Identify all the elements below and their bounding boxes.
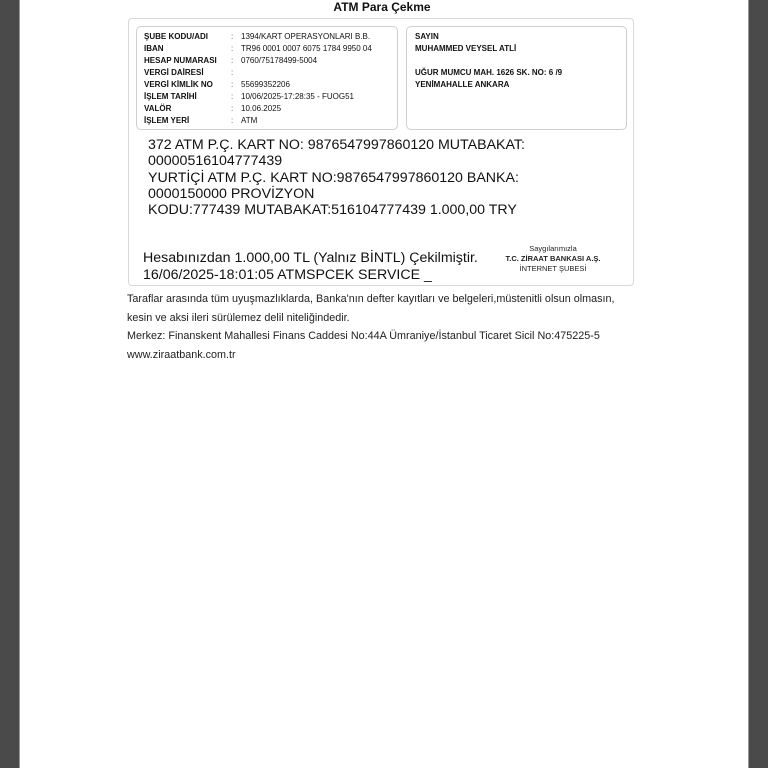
info-separator: :	[231, 43, 233, 55]
page-edge-left	[19, 0, 20, 768]
info-separator: :	[231, 115, 233, 127]
info-separator: :	[231, 31, 233, 43]
legal-footer: Taraflar arasında tüm uyuşmazlıklarda, B…	[127, 290, 647, 364]
recipient-box: SAYIN MUHAMMED VEYSEL ATLİ UĞUR MUMCU MA…	[406, 26, 627, 130]
info-label: VERGİ DAİRESİ	[144, 67, 229, 79]
description-line: 372 ATM P.Ç. KART NO: 9876547997860120 M…	[148, 137, 628, 153]
info-value: 0760/75178499-5004	[241, 55, 317, 67]
summary-line: Hesabınızdan 1.000,00 TL (Yalnız BİNTL) …	[143, 250, 493, 267]
transaction-description: 372 ATM P.Ç. KART NO: 9876547997860120 M…	[148, 137, 628, 218]
info-label: ŞUBE KODU/ADI	[144, 31, 229, 43]
recipient-name: MUHAMMED VEYSEL ATLİ	[415, 43, 516, 55]
document-title: ATM Para Çekme	[127, 0, 637, 14]
info-separator: :	[231, 79, 233, 91]
info-label: İŞLEM YERİ	[144, 115, 229, 127]
info-value: TR96 0001 0007 6075 1784 9950 04	[241, 43, 372, 55]
info-label: HESAP NUMARASI	[144, 55, 229, 67]
summary-line: 16/06/2025-18:01:05 ATMSPCEK SERVICE _	[143, 267, 493, 284]
info-separator: :	[231, 103, 233, 115]
info-value: ATM	[241, 115, 257, 127]
info-separator: :	[231, 67, 233, 79]
info-label: IBAN	[144, 43, 229, 55]
description-line: 00000516104777439	[148, 153, 628, 169]
description-line: 0000150000 PROVİZYON	[148, 186, 628, 202]
account-info-box: ŞUBE KODU/ADI : 1394/KART OPERASYONLARI …	[136, 26, 398, 130]
info-label: VERGİ KİMLİK NO	[144, 79, 229, 91]
signature-branch: İNTERNET ŞUBESİ	[493, 264, 613, 274]
recipient-address-line2: YENİMAHALLE ANKARA	[415, 79, 509, 91]
info-label: İŞLEM TARİHİ	[144, 91, 229, 103]
recipient-salutation: SAYIN	[415, 31, 439, 43]
footer-line: Merkez: Finanskent Mahallesi Finans Cadd…	[127, 327, 647, 346]
info-separator: :	[231, 91, 233, 103]
info-separator: :	[231, 55, 233, 67]
footer-line: Taraflar arasında tüm uyuşmazlıklarda, B…	[127, 290, 647, 309]
description-line: KODU:777439 MUTABAKAT:516104777439 1.000…	[148, 202, 628, 218]
transaction-summary: Hesabınızdan 1.000,00 TL (Yalnız BİNTL) …	[143, 250, 493, 284]
signature-bank: T.C. ZİRAAT BANKASI A.Ş.	[493, 254, 613, 264]
recipient-address-line1: UĞUR MUMCU MAH. 1626 SK. NO: 6 /9	[415, 67, 562, 79]
info-value: 10/06/2025-17:28:35 - FUOG51	[241, 91, 354, 103]
footer-line: kesin ve aksi ileri sürülemez delil nite…	[127, 309, 647, 328]
page-edge-right	[748, 0, 749, 768]
info-value: 1394/KART OPERASYONLARI B.B.	[241, 31, 370, 43]
info-value: 55699352206	[241, 79, 290, 91]
footer-website: www.ziraatbank.com.tr	[127, 346, 647, 365]
info-label: VALÖR	[144, 103, 229, 115]
bank-signature: Saygılarımızla T.C. ZİRAAT BANKASI A.Ş. …	[493, 244, 613, 274]
description-line: YURTİÇİ ATM P.Ç. KART NO:987654799786012…	[148, 170, 628, 186]
signature-greeting: Saygılarımızla	[493, 244, 613, 254]
info-value: 10.06.2025	[241, 103, 281, 115]
